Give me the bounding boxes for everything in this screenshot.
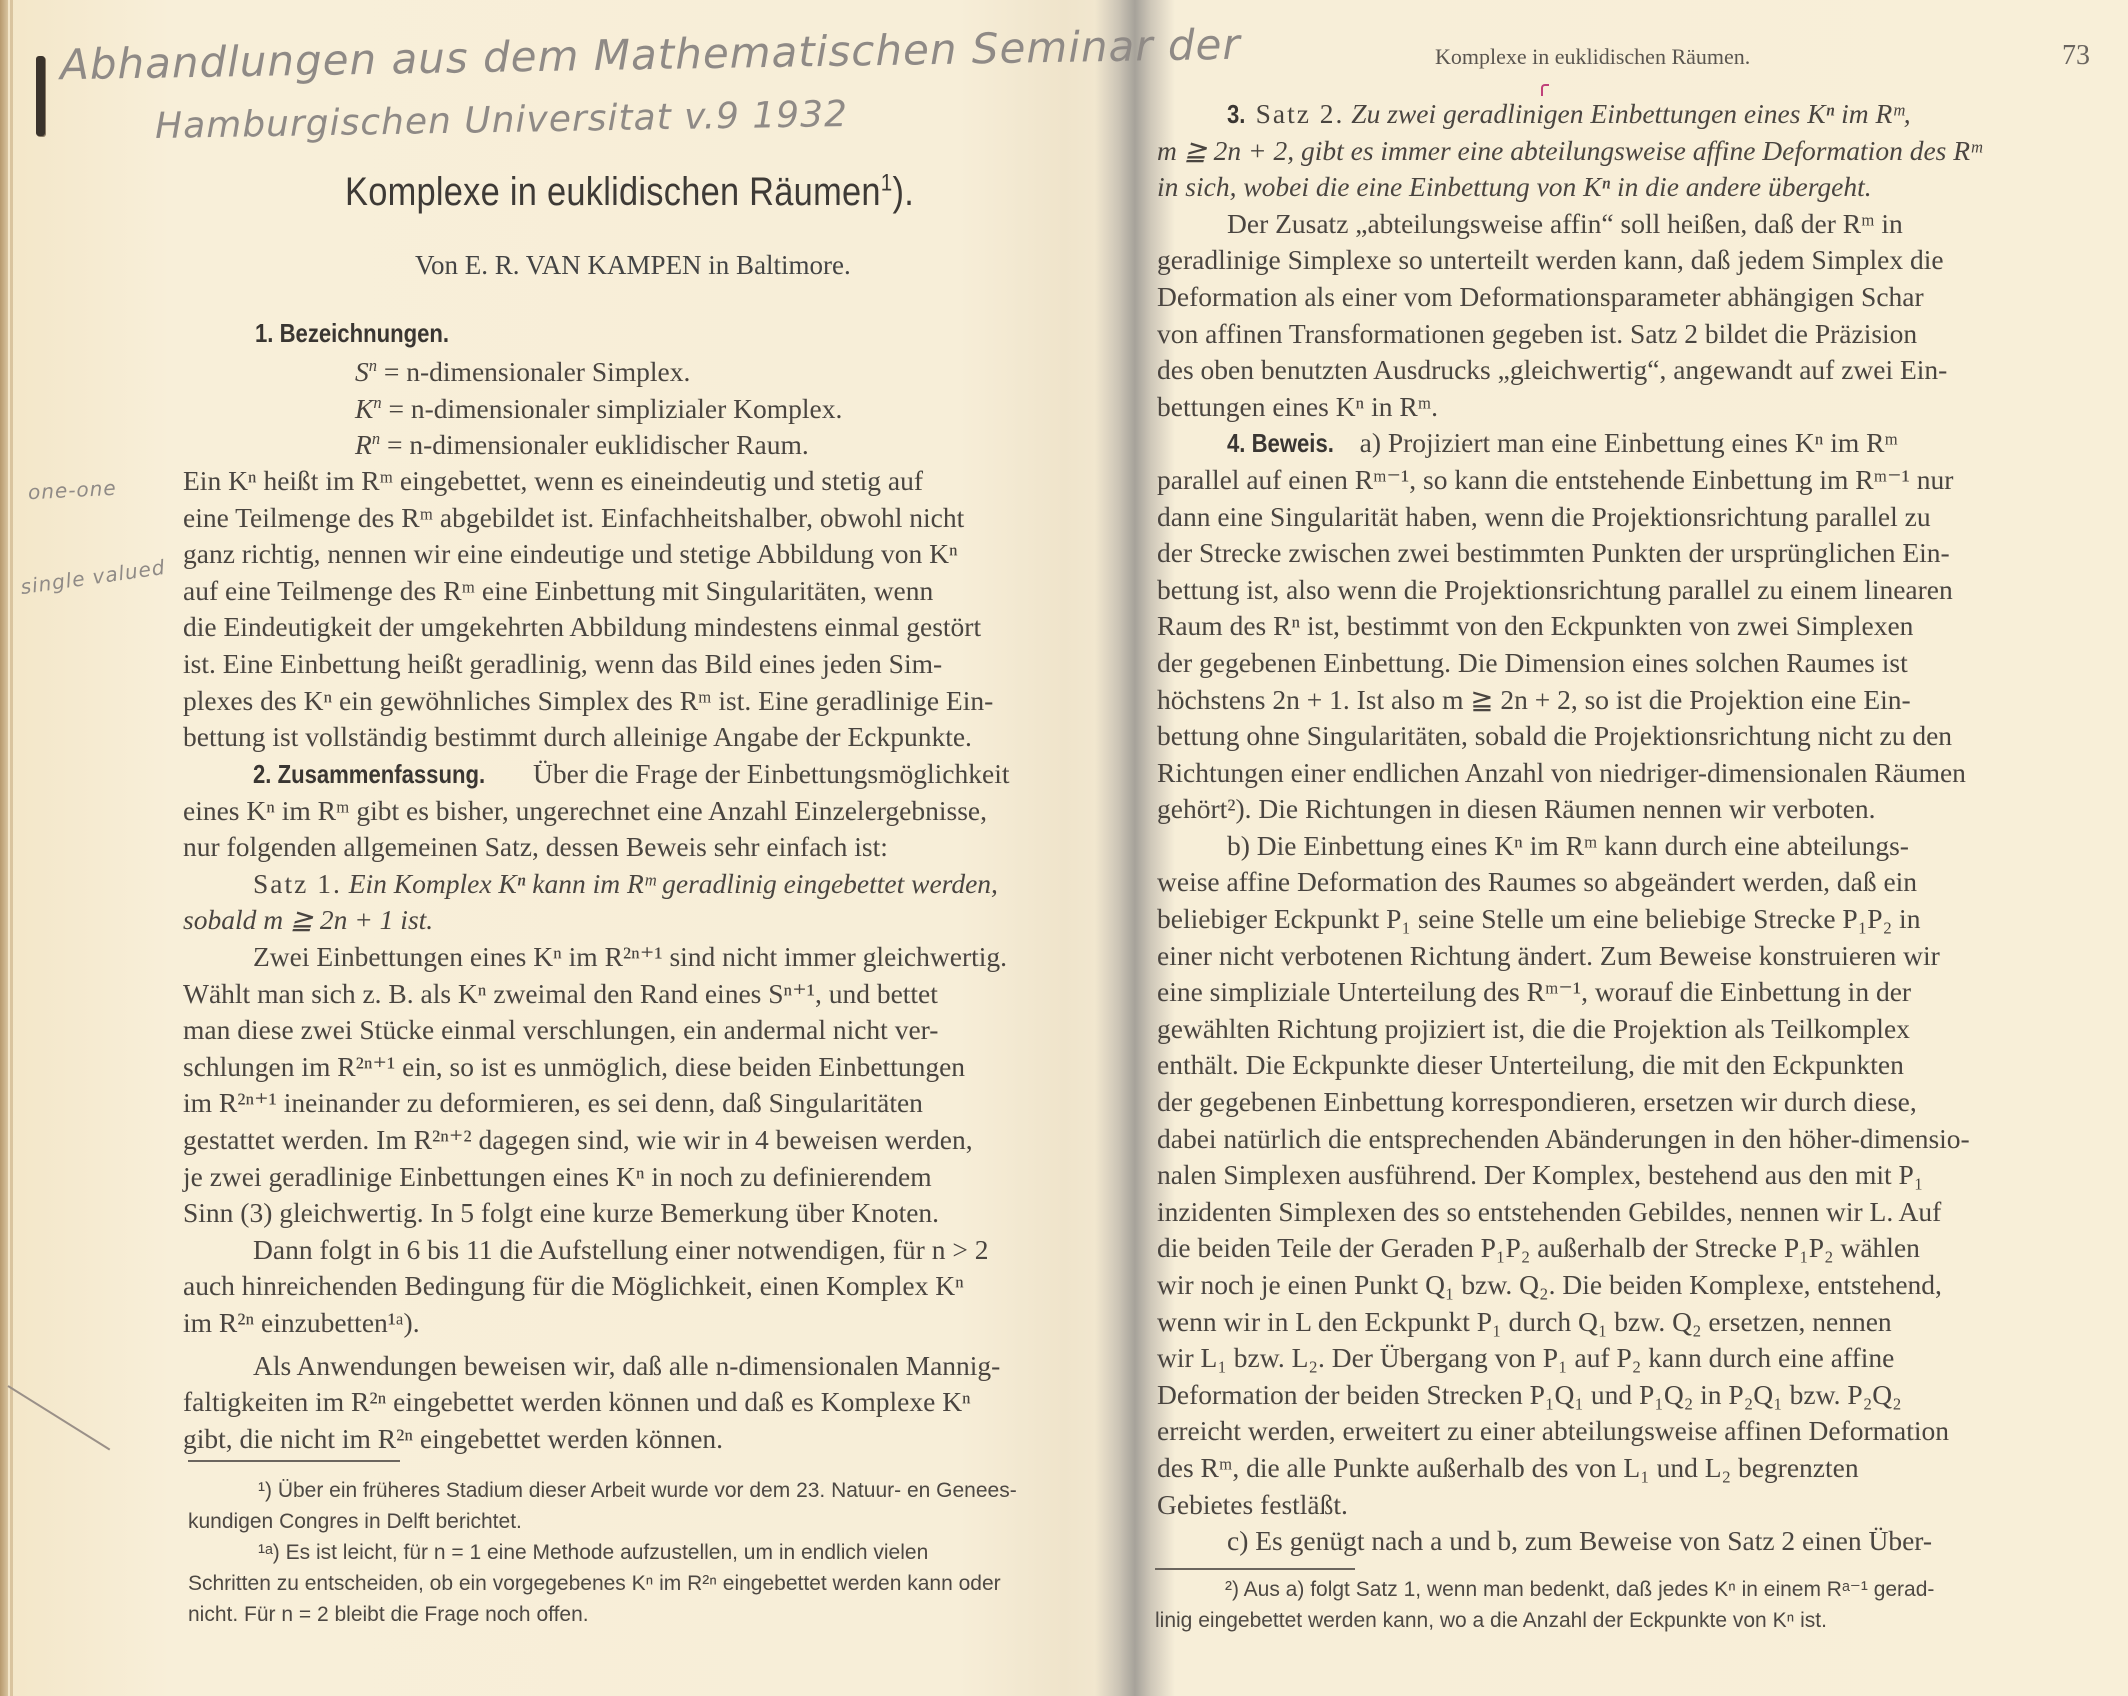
text-line: plexes des Kⁿ ein gewöhnliches Simplex d…: [183, 683, 1118, 720]
text-line: Ein Kⁿ heißt im Rᵐ eingebettet, wenn es …: [183, 463, 1118, 500]
text-line: schlungen im R²ⁿ⁺¹ ein, so ist es unmögl…: [183, 1049, 1118, 1086]
text-line: inzidenten Simplexen des so entstehenden…: [1157, 1194, 2087, 1231]
text-line: nalen Simplexen ausführend. Der Komplex,…: [1157, 1157, 2087, 1194]
text-line: im R²ⁿ einzubetten¹ᵃ).: [183, 1305, 1118, 1342]
staple-icon: [36, 56, 45, 136]
section-4-first-line: 4. Beweis. a) Projiziert man eine Einbet…: [1157, 425, 2087, 462]
text-line: auch hinreichenden Bedingung für die Mög…: [183, 1268, 1118, 1305]
text-line: Gebietes festläßt.: [1157, 1487, 2087, 1524]
text-line: nur folgenden allgemeinen Satz, dessen B…: [183, 829, 1118, 866]
text-line: eine simpliziale Unterteilung des Rᵐ⁻¹, …: [1157, 974, 2087, 1011]
page-edge: [0, 0, 8, 1696]
footnote-2: ²) Aus a) folgt Satz 1, wenn man bedenkt…: [1155, 1574, 2085, 1605]
text-line: b) Die Einbettung eines Kⁿ im Rᵐ kann du…: [1157, 828, 2087, 865]
text-line: m ≧ 2n + 2, gibt es immer eine abteilung…: [1157, 133, 2087, 170]
text-line: Sinn (3) gleichwertig. In 5 folgt eine k…: [183, 1195, 1118, 1232]
text-line: die Eindeutigkeit der umgekehrten Abbild…: [183, 609, 1118, 646]
text-line: gestattet werden. Im R²ⁿ⁺² dagegen sind,…: [183, 1122, 1118, 1159]
footnote-2-cont: linig eingebettet werden kann, wo a die …: [1155, 1605, 2085, 1636]
left-footnotes: ¹) Über ein früheres Stadium dieser Arbe…: [188, 1475, 1118, 1630]
text-line: höchstens 2n + 1. Ist also m ≧ 2n + 2, s…: [1157, 682, 2087, 719]
text-line: Richtungen einer endlichen Anzahl von ni…: [1157, 755, 2087, 792]
text-line: bettung ist, also wenn die Projektionsri…: [1157, 572, 2087, 609]
running-head: Komplexe in euklidischen Räumen.: [1435, 44, 1750, 70]
text-line: wir L₁ bzw. L₂. Der Übergang von P₁ auf …: [1157, 1340, 2087, 1377]
text-line: des Rᵐ, die alle Punkte außerhalb des vo…: [1157, 1450, 2087, 1487]
text-line: auf eine Teilmenge des Rᵐ eine Einbettun…: [183, 573, 1118, 610]
text-line: erreicht werden, erweitert zu einer abte…: [1157, 1413, 2087, 1450]
text-line: man diese zwei Stücke einmal verschlunge…: [183, 1012, 1118, 1049]
text-line: weise affine Deformation des Raumes so a…: [1157, 864, 2087, 901]
text-line: parallel auf einen Rᵐ⁻¹, so kann die ent…: [1157, 462, 2087, 499]
text-line: Dann folgt in 6 bis 11 die Aufstellung e…: [183, 1232, 1118, 1269]
text-line: gibt, die nicht im R²ⁿ eingebettet werde…: [183, 1421, 1118, 1458]
section-3: 3. Satz 2. Zu zwei geradlinigen Einbettu…: [1157, 96, 2087, 1560]
text-line: gewählten Richtung projiziert ist, die d…: [1157, 1011, 2087, 1048]
page-edge-line: [10, 0, 13, 1696]
footnote-divider: [1155, 1568, 1355, 1570]
text-line: der Strecke zwischen zwei bestimmten Pun…: [1157, 535, 2087, 572]
text-line: enthält. Die Eckpunkte dieser Unterteilu…: [1157, 1047, 2087, 1084]
text-line: von affinen Transformationen gegeben ist…: [1157, 316, 2087, 353]
text-line: Deformation als einer vom Deformationspa…: [1157, 279, 2087, 316]
text-line: faltigkeiten im R²ⁿ eingebettet werden k…: [183, 1384, 1118, 1421]
text-line: Zwei Einbettungen eines Kⁿ im R²ⁿ⁺¹ sind…: [183, 939, 1118, 976]
text-line: beliebiger Eckpunkt P₁ seine Stelle um e…: [1157, 901, 2087, 938]
article-title: Komplexe in euklidischen Räumen1).: [345, 170, 914, 215]
text-line: bettung ohne Singularitäten, sobald die …: [1157, 718, 2087, 755]
text-line: Wählt man sich z. B. als Kⁿ zweimal den …: [183, 976, 1118, 1013]
satz-1: Satz 1. Ein Komplex Kⁿ kann im Rᵐ geradl…: [183, 866, 1118, 903]
text-line: einer nicht verbotenen Richtung ändert. …: [1157, 938, 2087, 975]
footnote-1: ¹) Über ein früheres Stadium dieser Arbe…: [188, 1475, 1118, 1506]
right-footnotes: ²) Aus a) folgt Satz 1, wenn man bedenkt…: [1155, 1574, 2085, 1636]
text-line: Raum des Rⁿ ist, bestimmt von den Eckpun…: [1157, 608, 2087, 645]
text-line: wir noch je einen Punkt Q₁ bzw. Q₂. Die …: [1157, 1267, 2087, 1304]
satz-1-continued: sobald m ≧ 2n + 1 ist.: [183, 902, 1118, 939]
text-line: der gegebenen Einbettung korrespondieren…: [1157, 1084, 2087, 1121]
text-line: wenn wir in L den Eckpunkt P₁ durch Q₁ b…: [1157, 1304, 2087, 1341]
footnote-1a: ¹ᵃ) Es ist leicht, für n = 1 eine Method…: [188, 1537, 1118, 1568]
page-number: 73: [2062, 40, 2090, 72]
author-line: Von E. R. VAN KAMPEN in Baltimore.: [415, 250, 851, 281]
title-footnote-mark: 1: [881, 170, 893, 197]
text-line: eines Kⁿ im Rᵐ gibt es bisher, ungerechn…: [183, 793, 1118, 830]
text-line: Deformation der beiden Strecken P₁Q₁ und…: [1157, 1377, 2087, 1414]
text-line: geradlinige Simplexe so unterteilt werde…: [1157, 242, 2087, 279]
definition-item: Kn = n-dimensionaler simplizialer Komple…: [355, 391, 842, 428]
section-1-heading: 1. Bezeichnungen.: [255, 318, 483, 349]
text-line: ganz richtig, nennen wir eine eindeutige…: [183, 536, 1118, 573]
footnote-1-cont: kundigen Congres in Delft berichtet.: [188, 1506, 1118, 1537]
text-line: Als Anwendungen beweisen wir, daß alle n…: [183, 1348, 1118, 1385]
footnote-1a-cont: nicht. Für n = 2 bleibt die Frage noch o…: [188, 1599, 1118, 1630]
text-line: des oben benutzten Ausdrucks „gleichwert…: [1157, 352, 2087, 389]
definition-item: Rn = n-dimensionaler euklidischer Raum.: [355, 427, 842, 464]
text-line: dann eine Singularität haben, wenn die P…: [1157, 499, 2087, 536]
text-line: der gegebenen Einbettung. Die Dimension …: [1157, 645, 2087, 682]
footnote-1a-cont: Schritten zu entscheiden, ob ein vorgege…: [188, 1568, 1118, 1599]
text-line: eine Teilmenge des Rᵐ abgebildet ist. Ei…: [183, 500, 1118, 537]
text-line: ist. Eine Einbettung heißt geradlinig, w…: [183, 646, 1118, 683]
text-line: bettungen eines Kⁿ in Rᵐ.: [1157, 389, 2087, 426]
text-line: bettung ist vollständig bestimmt durch a…: [183, 719, 1118, 756]
text-line: die beiden Teile der Geraden P₁P₂ außerh…: [1157, 1230, 2087, 1267]
text-line: je zwei geradlinige Einbettungen eines K…: [183, 1159, 1118, 1196]
section-4-heading: 4. Beweis.: [1227, 425, 1334, 462]
section-2: 2. Zusammenfassung. Über die Frage der E…: [183, 756, 1118, 1457]
text-line: dabei natürlich die entsprechenden Abänd…: [1157, 1121, 2087, 1158]
definition-item: Sn = n-dimensionaler Simplex.: [355, 354, 842, 391]
section-2-heading: 2. Zusammenfassung.: [253, 756, 485, 793]
text-line: im R²ⁿ⁺¹ ineinander zu deformieren, es s…: [183, 1085, 1118, 1122]
definition-list: Sn = n-dimensionaler Simplex. Kn = n-dim…: [355, 354, 842, 464]
footnote-divider: [188, 1460, 400, 1462]
satz-2: 3. Satz 2. Zu zwei geradlinigen Einbettu…: [1157, 96, 2087, 133]
pink-pen-mark: [1541, 84, 1549, 96]
text-line: in sich, wobei die eine Einbettung von K…: [1157, 169, 2087, 206]
section-1-paragraph: Ein Kⁿ heißt im Rᵐ eingebettet, wenn es …: [183, 463, 1118, 756]
text-line: c) Es genügt nach a und b, zum Beweise v…: [1157, 1523, 2087, 1560]
text-line: Der Zusatz „abteilungsweise affin“ soll …: [1157, 206, 2087, 243]
margin-note-one-one: one-one: [27, 476, 117, 505]
text-line: gehört²). Die Richtungen in diesen Räume…: [1157, 791, 2087, 828]
section-2-first-line: 2. Zusammenfassung. Über die Frage der E…: [183, 756, 1118, 793]
